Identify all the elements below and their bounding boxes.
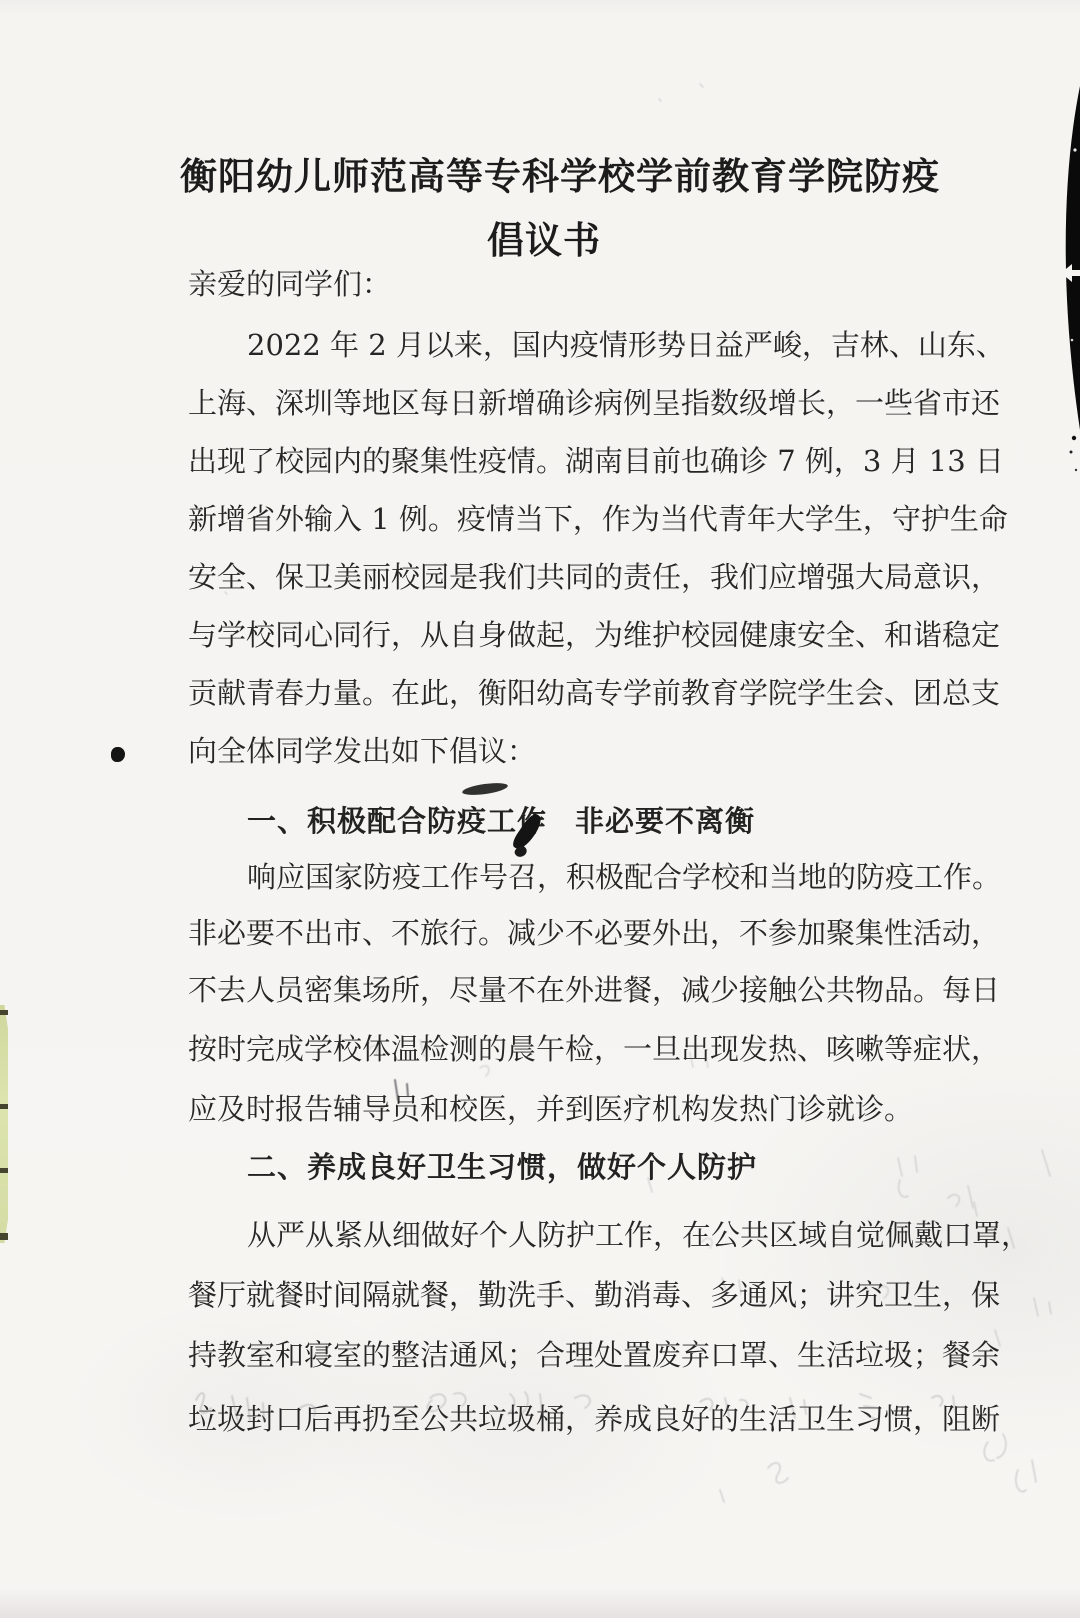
- body-line: 与学校同心同行，从自身做起，为维护校园健康安全、和谐稳定: [188, 618, 998, 653]
- body-line: 新增省外输入 1 例。疫情当下，作为当代青年大学生，守护生命: [188, 502, 998, 537]
- document-title-line-1: 衡阳幼儿师范高等专科学校学前教育学院防疫: [20, 146, 1080, 200]
- body-line: 上海、深圳等地区每日新增确诊病例呈指数级增长，一些省市还: [188, 386, 998, 421]
- adjacent-paper-mark: [0, 1233, 8, 1240]
- body-line: 持教室和寝室的整洁通风；合理处置废弃口罩、生活垃圾；餐余: [188, 1338, 998, 1373]
- ink-dash-artifact: [462, 781, 509, 797]
- adjacent-paper-mark: [0, 1168, 8, 1173]
- adjacent-paper-mark: [0, 1010, 8, 1015]
- body-line: 向全体同学发出如下倡议：: [188, 734, 998, 769]
- body-line: 2022 年 2 月以来，国内疫情形势日益严峻，吉林、山东、: [188, 328, 1057, 363]
- body-line: 从严从紧从细做好个人防护工作，在公共区域自觉佩戴口罩，: [188, 1218, 1057, 1253]
- body-line: 安全、保卫美丽校园是我们共同的责任，我们应增强大局意识，: [188, 560, 998, 595]
- body-line: 贡献青春力量。在此，衡阳幼高专学前教育学院学生会、团总支: [188, 676, 998, 711]
- body-line: 应及时报告辅导员和校医，并到医疗机构发热门诊就诊。: [188, 1092, 998, 1127]
- body-line: 餐厅就餐时间隔就餐，勤洗手、勤消毒、多通风；讲究卫生，保: [188, 1278, 998, 1313]
- section-1-heading: 一、积极配合防疫工作非必要不离衡: [188, 804, 1057, 839]
- adjacent-paper-edge: [0, 1005, 8, 1243]
- salutation: 亲爱的同学们：: [188, 267, 998, 302]
- scanned-document-page: 衡阳幼儿师范高等专科学校学前教育学院防疫 倡议书 亲爱的同学们： 2022 年 …: [0, 0, 1080, 1618]
- body-line: 出现了校园内的聚集性疫情。湖南目前也确诊 7 例，3 月 13 日: [188, 444, 998, 479]
- section-1-heading-part-2: 非必要不离衡: [575, 804, 755, 838]
- body-line: 按时完成学校体温检测的晨午检，一旦出现发热、咳嗽等症状，: [188, 1032, 998, 1067]
- section-1-heading-part-1: 一、积极配合防疫工作: [247, 804, 547, 838]
- section-2-heading: 二、养成良好卫生习惯，做好个人防护: [188, 1150, 1057, 1185]
- body-line: 垃圾封口后再扔至公共垃圾桶，养成良好的生活卫生习惯，阻断: [188, 1402, 998, 1437]
- body-line: 不去人员密集场所，尽量不在外进餐，减少接触公共物品。每日: [188, 973, 998, 1008]
- body-line: 响应国家防疫工作号召，积极配合学校和当地的防疫工作。: [188, 860, 1057, 895]
- adjacent-paper-mark: [0, 1104, 8, 1109]
- document-title-line-2: 倡议书: [4, 210, 1080, 264]
- body-line: 非必要不出市、不旅行。减少不必要外出，不参加聚集性活动，: [188, 916, 998, 951]
- ink-dot-artifact: [111, 747, 125, 762]
